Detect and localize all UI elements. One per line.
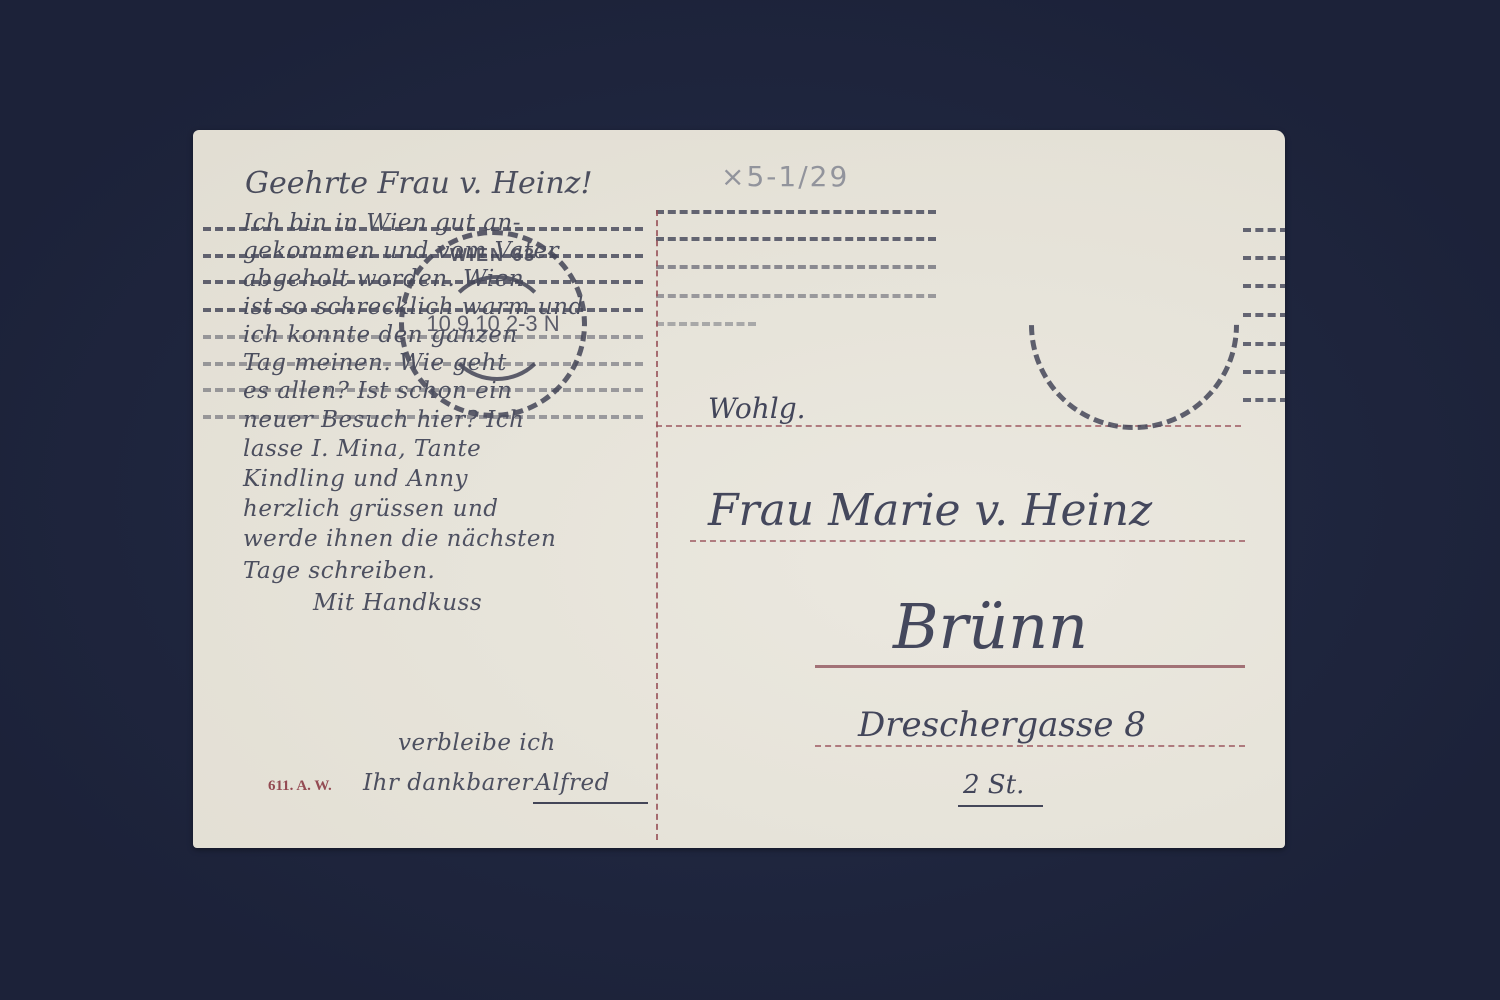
closing-line: Ihr dankbarer (363, 770, 533, 796)
signature-underline (533, 802, 648, 804)
message-line: Tag meinen. Wie geht (243, 350, 507, 376)
message-line: ich konnte den ganzen (243, 322, 518, 348)
closing-line: verbleibe ich (398, 730, 556, 756)
message-line: Tage schreiben. (243, 558, 435, 584)
salutation: Geehrte Frau v. Heinz! (245, 166, 593, 201)
address-floor: 2 St. (963, 770, 1024, 800)
postcard: ×5-1/29 WIEN 63 10.9.10 2-3 N Geehrte Fr… (193, 130, 1285, 848)
floor-underline (958, 805, 1043, 807)
printed-code: 611. A. W. (268, 778, 332, 795)
message-line: herzlich grüssen und (243, 496, 498, 522)
message-line: neuer Besuch hier? Ich (243, 407, 525, 433)
pencil-note: ×5-1/29 (721, 160, 849, 193)
message-line: abgeholt worden. Wien (243, 266, 524, 292)
message-line: ist so schrecklich warm und (243, 294, 584, 320)
address-street: Dreschergasse 8 (858, 705, 1146, 745)
signature: Alfred (535, 770, 610, 796)
message-line: es allen? Ist schon ein (243, 378, 512, 404)
vertical-divider (656, 210, 658, 840)
closing-line: Mit Handkuss (313, 590, 482, 616)
partial-postmark (1029, 260, 1229, 420)
address-honorific: Wohlg. (708, 392, 806, 425)
address-city: Brünn (893, 590, 1088, 663)
address-rule-2 (690, 540, 1245, 542)
message-line: Ich bin in Wien gut an- (243, 210, 521, 236)
message-line: werde ihnen die nächsten (243, 526, 556, 552)
address-name: Frau Marie v. Heinz (708, 485, 1152, 536)
message-line: gekommen und vom Vater (243, 238, 559, 264)
address-rule-4 (815, 745, 1245, 747)
address-rule-3 (815, 665, 1245, 668)
message-line: lasse I. Mina, Tante (243, 436, 481, 462)
message-line: Kindling und Anny (243, 466, 468, 492)
